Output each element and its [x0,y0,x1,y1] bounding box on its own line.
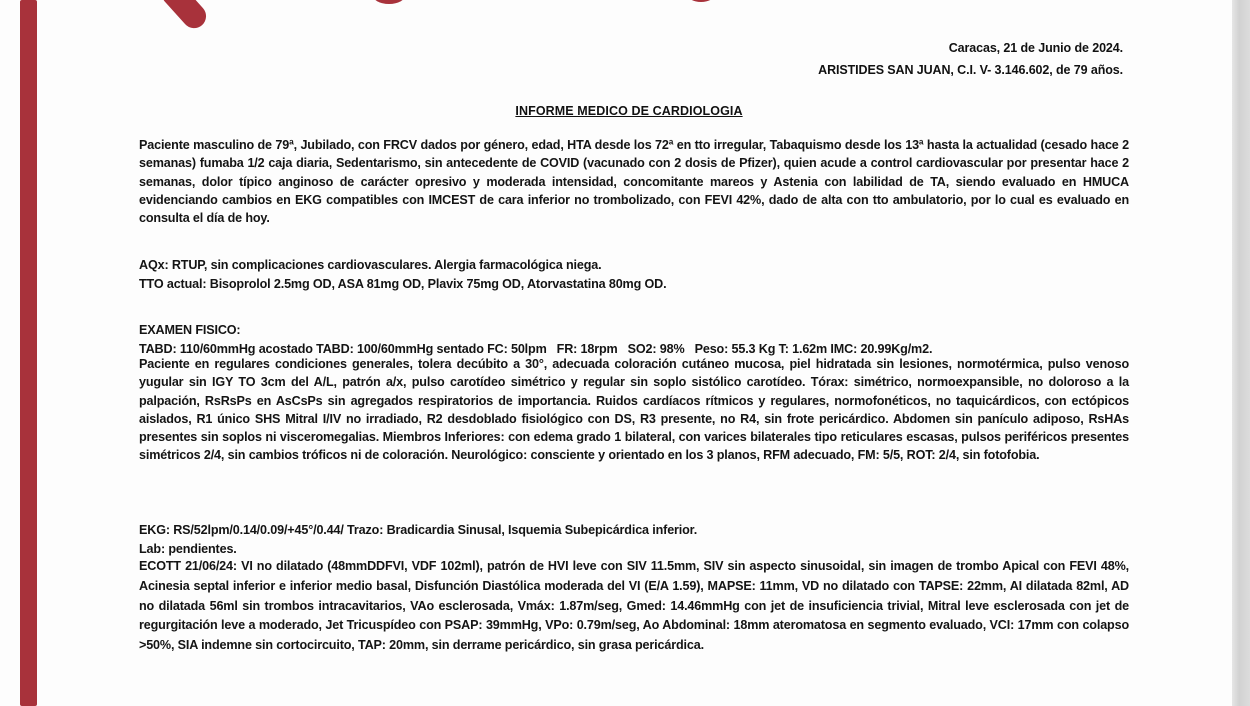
exam-section: Paciente en regulares condiciones genera… [139,355,1129,465]
intro-paragraph: Paciente masculino de 79ª, Jubilado, con… [139,136,1129,227]
document-page: Caracas, 21 de Junio de 2024. ARISTIDES … [0,0,1250,706]
studies-section: EKG: RS/52lpm/0.14/0.09/+45°/0.44/ Trazo… [139,521,1129,558]
current-treatment: TTO actual: Bisoprolol 2.5mg OD, ASA 81m… [139,275,1129,294]
letterhead-red-stroke [157,0,211,33]
echo-result: ECOTT 21/06/24: VI no dilatado (48mmDDFV… [139,557,1129,656]
intro-section: Paciente masculino de 79ª, Jubilado, con… [139,136,1129,227]
lab-result: Lab: pendientes. [139,540,1129,559]
echo-section: ECOTT 21/06/24: VI no dilatado (48mmDDFV… [139,557,1129,656]
ekg-result: EKG: RS/52lpm/0.14/0.09/+45°/0.44/ Trazo… [139,521,1129,540]
letterhead-red-mark [687,0,715,2]
history-section: AQx: RTUP, sin complicaciones cardiovasc… [139,256,1129,293]
exam-heading-block: EXAMEN FISICO: TABD: 110/60mmHg acostado… [139,321,1129,358]
surgical-history: AQx: RTUP, sin complicaciones cardiovasc… [139,256,1129,275]
patient-line: ARISTIDES SAN JUAN, C.I. V- 3.146.602, d… [818,59,1123,81]
place-date: Caracas, 21 de Junio de 2024. [818,37,1123,59]
exam-findings: Paciente en regulares condiciones genera… [139,355,1129,465]
report-title: INFORME MEDICO DE CARDIOLOGIA [0,104,1250,118]
exam-heading: EXAMEN FISICO: [139,321,1129,340]
letterhead-red-mark [372,0,406,4]
document-header: Caracas, 21 de Junio de 2024. ARISTIDES … [818,37,1123,81]
